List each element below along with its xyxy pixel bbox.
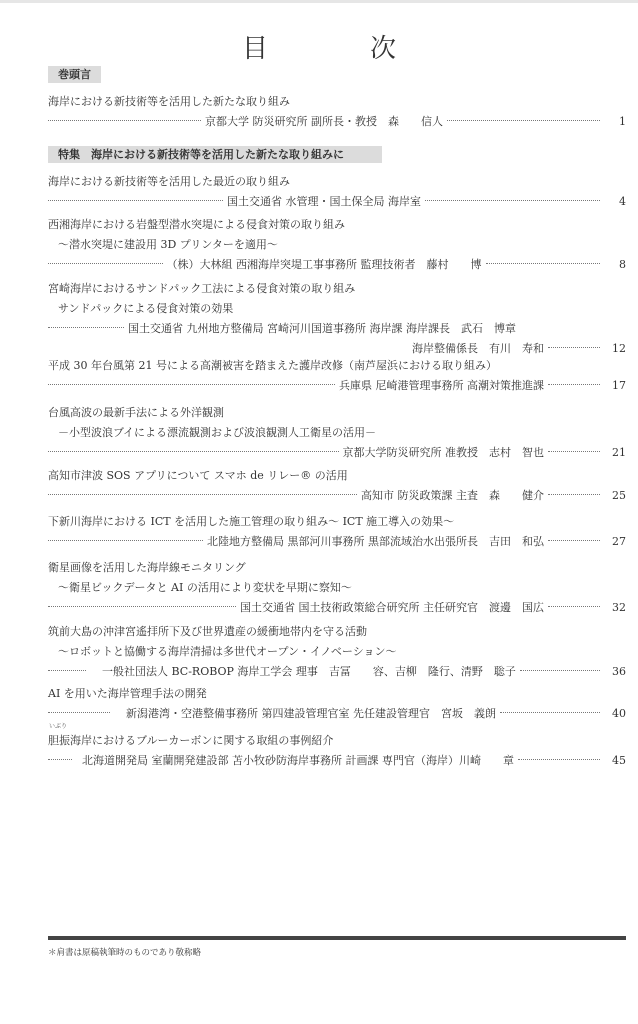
entry-author: 京都大学 防災研究所 副所長・教授 森 信人 — [205, 112, 443, 132]
dot-leader — [48, 606, 236, 607]
entry-author: 高知市 防災政策課 主査 森 健介 — [361, 486, 544, 506]
entry-page-number: 17 — [604, 376, 626, 396]
entry-title: 海岸における新技術等を活用した新たな取り組み — [48, 92, 626, 112]
dot-leader — [548, 384, 600, 385]
entry-title: 台風高波の最新手法による外洋観測 — [48, 403, 626, 423]
entry-subtitle: サンドパックによる侵食対策の効果 — [48, 299, 626, 319]
entry-page-number: 21 — [604, 443, 626, 463]
toc-entry[interactable]: 海岸における新技術等を活用した新たな取り組み 京都大学 防災研究所 副所長・教授… — [48, 92, 626, 132]
dot-leader — [548, 494, 600, 495]
toc-entry[interactable]: 海岸における新技術等を活用した最近の取り組み 国土交通省 水管理・国土保全局 海… — [48, 172, 626, 212]
entry-page-number: 40 — [604, 704, 626, 724]
entry-author: 北陸地方整備局 黒部河川事務所 黒部流域治水出張所長 吉田 和弘 — [207, 532, 544, 552]
ruby-base: いぶり 胆振 — [48, 731, 70, 751]
dot-leader — [48, 670, 86, 671]
dot-leader — [520, 670, 600, 671]
toc-entry[interactable]: 衛星画像を活用した海岸線モニタリング ～衛星ビックデータと AI の活用により変… — [48, 558, 626, 618]
dot-leader — [48, 759, 72, 760]
entry-page-number: 1 — [604, 112, 626, 132]
dot-leader — [48, 200, 223, 201]
entry-author: 一般社団法人 BC-ROBOP 海岸工学会 理事 吉冨 容、吉柳 隆行、清野 聡… — [102, 662, 516, 682]
page-top-edge — [0, 0, 638, 3]
section-header-feature: 特集 海岸における新技術等を活用した新たな取り組みに — [48, 146, 382, 163]
dot-leader — [48, 494, 357, 495]
entry-title: 海岸における新技術等を活用した最近の取り組み — [48, 172, 626, 192]
dot-leader — [48, 451, 339, 452]
dot-leader — [48, 327, 124, 328]
section-header-preface: 巻頭言 — [48, 66, 101, 83]
entry-page-number: 32 — [604, 598, 626, 618]
entry-page-number: 25 — [604, 486, 626, 506]
entry-title: 下新川海岸における ICT を活用した施工管理の取り組み～ ICT 施工導入の効… — [48, 512, 626, 532]
dot-leader — [518, 759, 600, 760]
toc-entry[interactable]: 台風高波の最新手法による外洋観測 －小型波浪ブイによる漂流観測および波浪観測人工… — [48, 403, 626, 463]
page-title: 目 次 — [0, 28, 638, 65]
dot-leader — [548, 606, 600, 607]
toc-entry[interactable]: いぶり 胆振 海岸におけるブルーカーボンに関する取組の事例紹介 北海道開発局 室… — [48, 731, 626, 771]
toc-entry[interactable]: 西湘海岸における岩盤型潜水突堤による侵食対策の取り組み ～潜水突堤に建設用 3D… — [48, 215, 626, 275]
entry-author: 新潟港湾・空港整備事務所 第四建設管理官室 先任建設管理官 宮坂 義朗 — [126, 704, 496, 724]
footer-rule — [48, 936, 626, 940]
entry-subtitle: ～潜水突堤に建設用 3D プリンターを適用～ — [48, 235, 626, 255]
dot-leader — [48, 263, 163, 264]
dot-leader — [425, 200, 600, 201]
entry-title: 西湘海岸における岩盤型潜水突堤による侵食対策の取り組み — [48, 215, 626, 235]
entry-title: 衛星画像を活用した海岸線モニタリング — [48, 558, 626, 578]
entry-title-rest: 海岸におけるブルーカーボンに関する取組の事例紹介 — [70, 734, 333, 747]
entry-title: 筑前大島の沖津宮遙拝所下及び世界遺産の緩衝地帯内を守る活動 — [48, 622, 626, 642]
toc-entry[interactable]: 高知市津波 SOS アプリについて スマホ de リレー® の活用 高知市 防災… — [48, 466, 626, 506]
entry-page-number: 45 — [604, 751, 626, 771]
furigana: いぶり — [49, 724, 67, 730]
entry-author: 国土交通省 水管理・国土保全局 海岸室 — [227, 192, 421, 212]
entry-title: 宮崎海岸におけるサンドパック工法による侵食対策の取り組み — [48, 279, 626, 299]
entry-author: 北海道開発局 室蘭開発建設部 苫小牧砂防海岸事務所 計画課 専門官（海岸）川崎 … — [82, 751, 514, 771]
toc-entry[interactable]: 宮崎海岸におけるサンドパック工法による侵食対策の取り組み サンドパックによる侵食… — [48, 279, 626, 359]
dot-leader — [447, 120, 600, 121]
toc-entry[interactable]: 筑前大島の沖津宮遙拝所下及び世界遺産の緩衝地帯内を守る活動 ～ロボットと協働する… — [48, 622, 626, 682]
entry-author: 国土交通省 九州地方整備局 宮崎河川国道事務所 海岸課 海岸課長 武石 博章 — [128, 319, 516, 339]
dot-leader — [48, 384, 335, 385]
toc-entry[interactable]: 平成 30 年台風第 21 号による高潮被害を踏まえた護岸改修（南芦屋浜における… — [48, 356, 626, 396]
toc-entry[interactable]: 下新川海岸における ICT を活用した施工管理の取り組み～ ICT 施工導入の効… — [48, 512, 626, 552]
entry-title: AI を用いた海岸管理手法の開発 — [48, 684, 626, 704]
dot-leader — [500, 712, 600, 713]
toc-entry[interactable]: AI を用いた海岸管理手法の開発 新潟港湾・空港整備事務所 第四建設管理官室 先… — [48, 684, 626, 724]
ruby-base-text: 胆振 — [48, 734, 70, 747]
dot-leader — [548, 347, 600, 348]
entry-subtitle: －小型波浪ブイによる漂流観測および波浪観測人工衛星の活用－ — [48, 423, 626, 443]
entry-page-number: 36 — [604, 662, 626, 682]
entry-title: 高知市津波 SOS アプリについて スマホ de リレー® の活用 — [48, 466, 626, 486]
entry-author: 国土交通省 国土技術政策総合研究所 主任研究官 渡邊 国広 — [240, 598, 544, 618]
entry-author: 兵庫県 尼崎港管理事務所 高潮対策推進課 — [339, 376, 544, 396]
dot-leader — [48, 712, 110, 713]
footnote: ＊肩書は原稿執筆時のものであり敬称略 — [48, 946, 201, 958]
dot-leader — [548, 540, 600, 541]
entry-page-number: 4 — [604, 192, 626, 212]
entry-page-number: 27 — [604, 532, 626, 552]
dot-leader — [486, 263, 601, 264]
entry-title: 平成 30 年台風第 21 号による高潮被害を踏まえた護岸改修（南芦屋浜における… — [48, 356, 626, 376]
dot-leader — [48, 120, 201, 121]
entry-title: いぶり 胆振 海岸におけるブルーカーボンに関する取組の事例紹介 — [48, 731, 626, 751]
entry-author: 京都大学防災研究所 准教授 志村 智也 — [343, 443, 545, 463]
entry-page-number: 8 — [604, 255, 626, 275]
dot-leader — [48, 540, 203, 541]
entry-subtitle: ～ロボットと協働する海岸清掃は多世代オープン・イノベーション～ — [48, 642, 626, 662]
entry-subtitle: ～衛星ビックデータと AI の活用により変状を早期に察知～ — [48, 578, 626, 598]
dot-leader — [548, 451, 600, 452]
entry-author: （株）大林組 西湘海岸突堤工事事務所 監理技術者 藤村 博 — [167, 255, 482, 275]
